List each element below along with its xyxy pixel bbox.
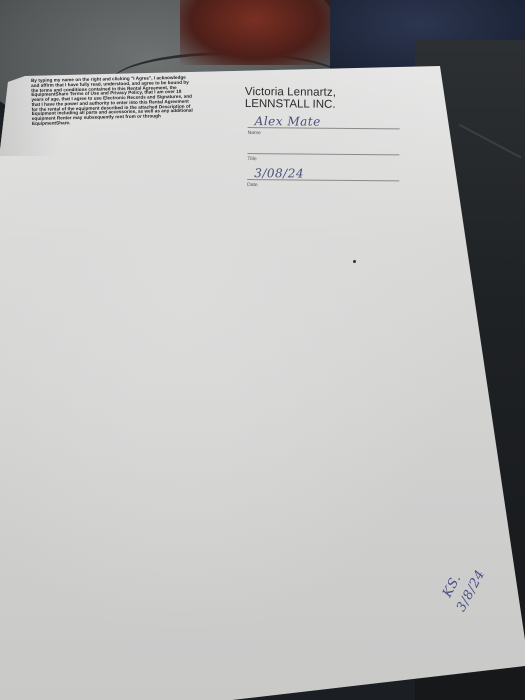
handwritten-initials: KS. 3/8/24 [440, 559, 488, 609]
name-signature-line [248, 127, 400, 129]
red-cushion-background [180, 0, 330, 65]
date-label: Date [247, 182, 258, 188]
date-signature-line [247, 179, 399, 181]
signature-block: Victoria Lennartz, LENNSTALL INC. Alex M… [244, 86, 400, 189]
legal-acknowledgement-text: By typing my name on the right and click… [31, 75, 232, 127]
date-field: 3/08/24 Date [244, 162, 399, 189]
name-field: Alex Mate Name [245, 110, 400, 137]
title-field: Title [244, 136, 399, 163]
ink-dot [353, 260, 356, 263]
title-signature-line [247, 153, 399, 155]
